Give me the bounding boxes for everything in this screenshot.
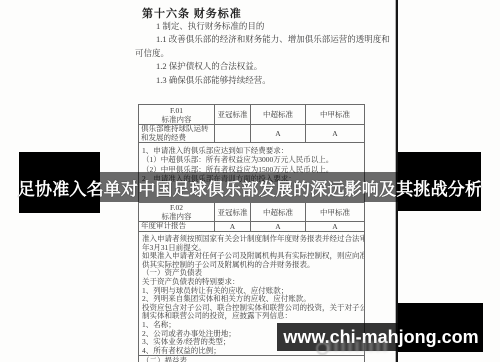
f02-header-league1: 中甲标准 [306,203,365,222]
f01-cell-csl: A [251,125,306,143]
intro-line: 可信度。 [135,47,387,60]
f01-header-content: 标准内容 [162,115,192,124]
intro-line: 1.1 改善俱乐部的经济和财务能力、增加俱乐部运营的透明度和 [135,33,387,46]
f02-code-cell: F.02 标准内容 [139,203,215,222]
f01-note-line: （1）中超俱乐部：所有者权益应为3000万元人民币以上。 [142,155,361,164]
f01-code-cell: F.01 标准内容 [139,105,215,125]
f01-header-csl: 中超标准 [251,105,306,125]
intro-line: 1 制定、执行财务标准的目的 [135,20,387,33]
intro-line: 1.3 确保俱乐部能够持续经营。 [135,74,387,87]
illegible-watermark [327,341,389,352]
f01-cell-league1: A [306,125,365,143]
f02-footer-row: （二）损益表 [139,356,365,362]
article-heading: 第十六条 财务标准 [142,5,242,21]
intro-paragraphs: 1 制定、执行财务标准的目的1.1 改善俱乐部的经济和财务能力、增加俱乐部运营的… [135,20,387,87]
f02-cell-csl: A [251,222,306,232]
intro-line: 1.2 保护债权人的合法权益。 [135,60,387,73]
f01-cell-acl [215,125,251,143]
f01-row-label: 俱乐部维持球队运转和发展的经费 [139,125,215,143]
f02-cell-league1: A [306,222,365,232]
f01-note-line: 1、申请准入的俱乐部应达到如下经费要求： [142,146,361,155]
f02-code: F.02 [141,203,212,212]
f02-header-content: 标准内容 [162,212,192,221]
f02-row-label: 年度审计报告 [139,222,215,232]
f01-code: F.01 [141,106,212,115]
overlay-headline: 足协准入名单对中国足球俱乐部发展的深远影响及其挑战分析 [9,172,491,202]
f02-header-acl: 亚冠标准 [215,203,251,222]
f01-header-league1: 中甲标准 [306,105,365,125]
f02-cell-acl: A [215,222,251,232]
f01-header-acl: 亚冠标准 [215,105,251,125]
scanned-document-page: 第十六条 财务标准 1 制定、执行财务标准的目的1.1 改善俱乐部的经济和财务能… [0,0,500,362]
f02-header-csl: 中超标准 [251,203,306,222]
